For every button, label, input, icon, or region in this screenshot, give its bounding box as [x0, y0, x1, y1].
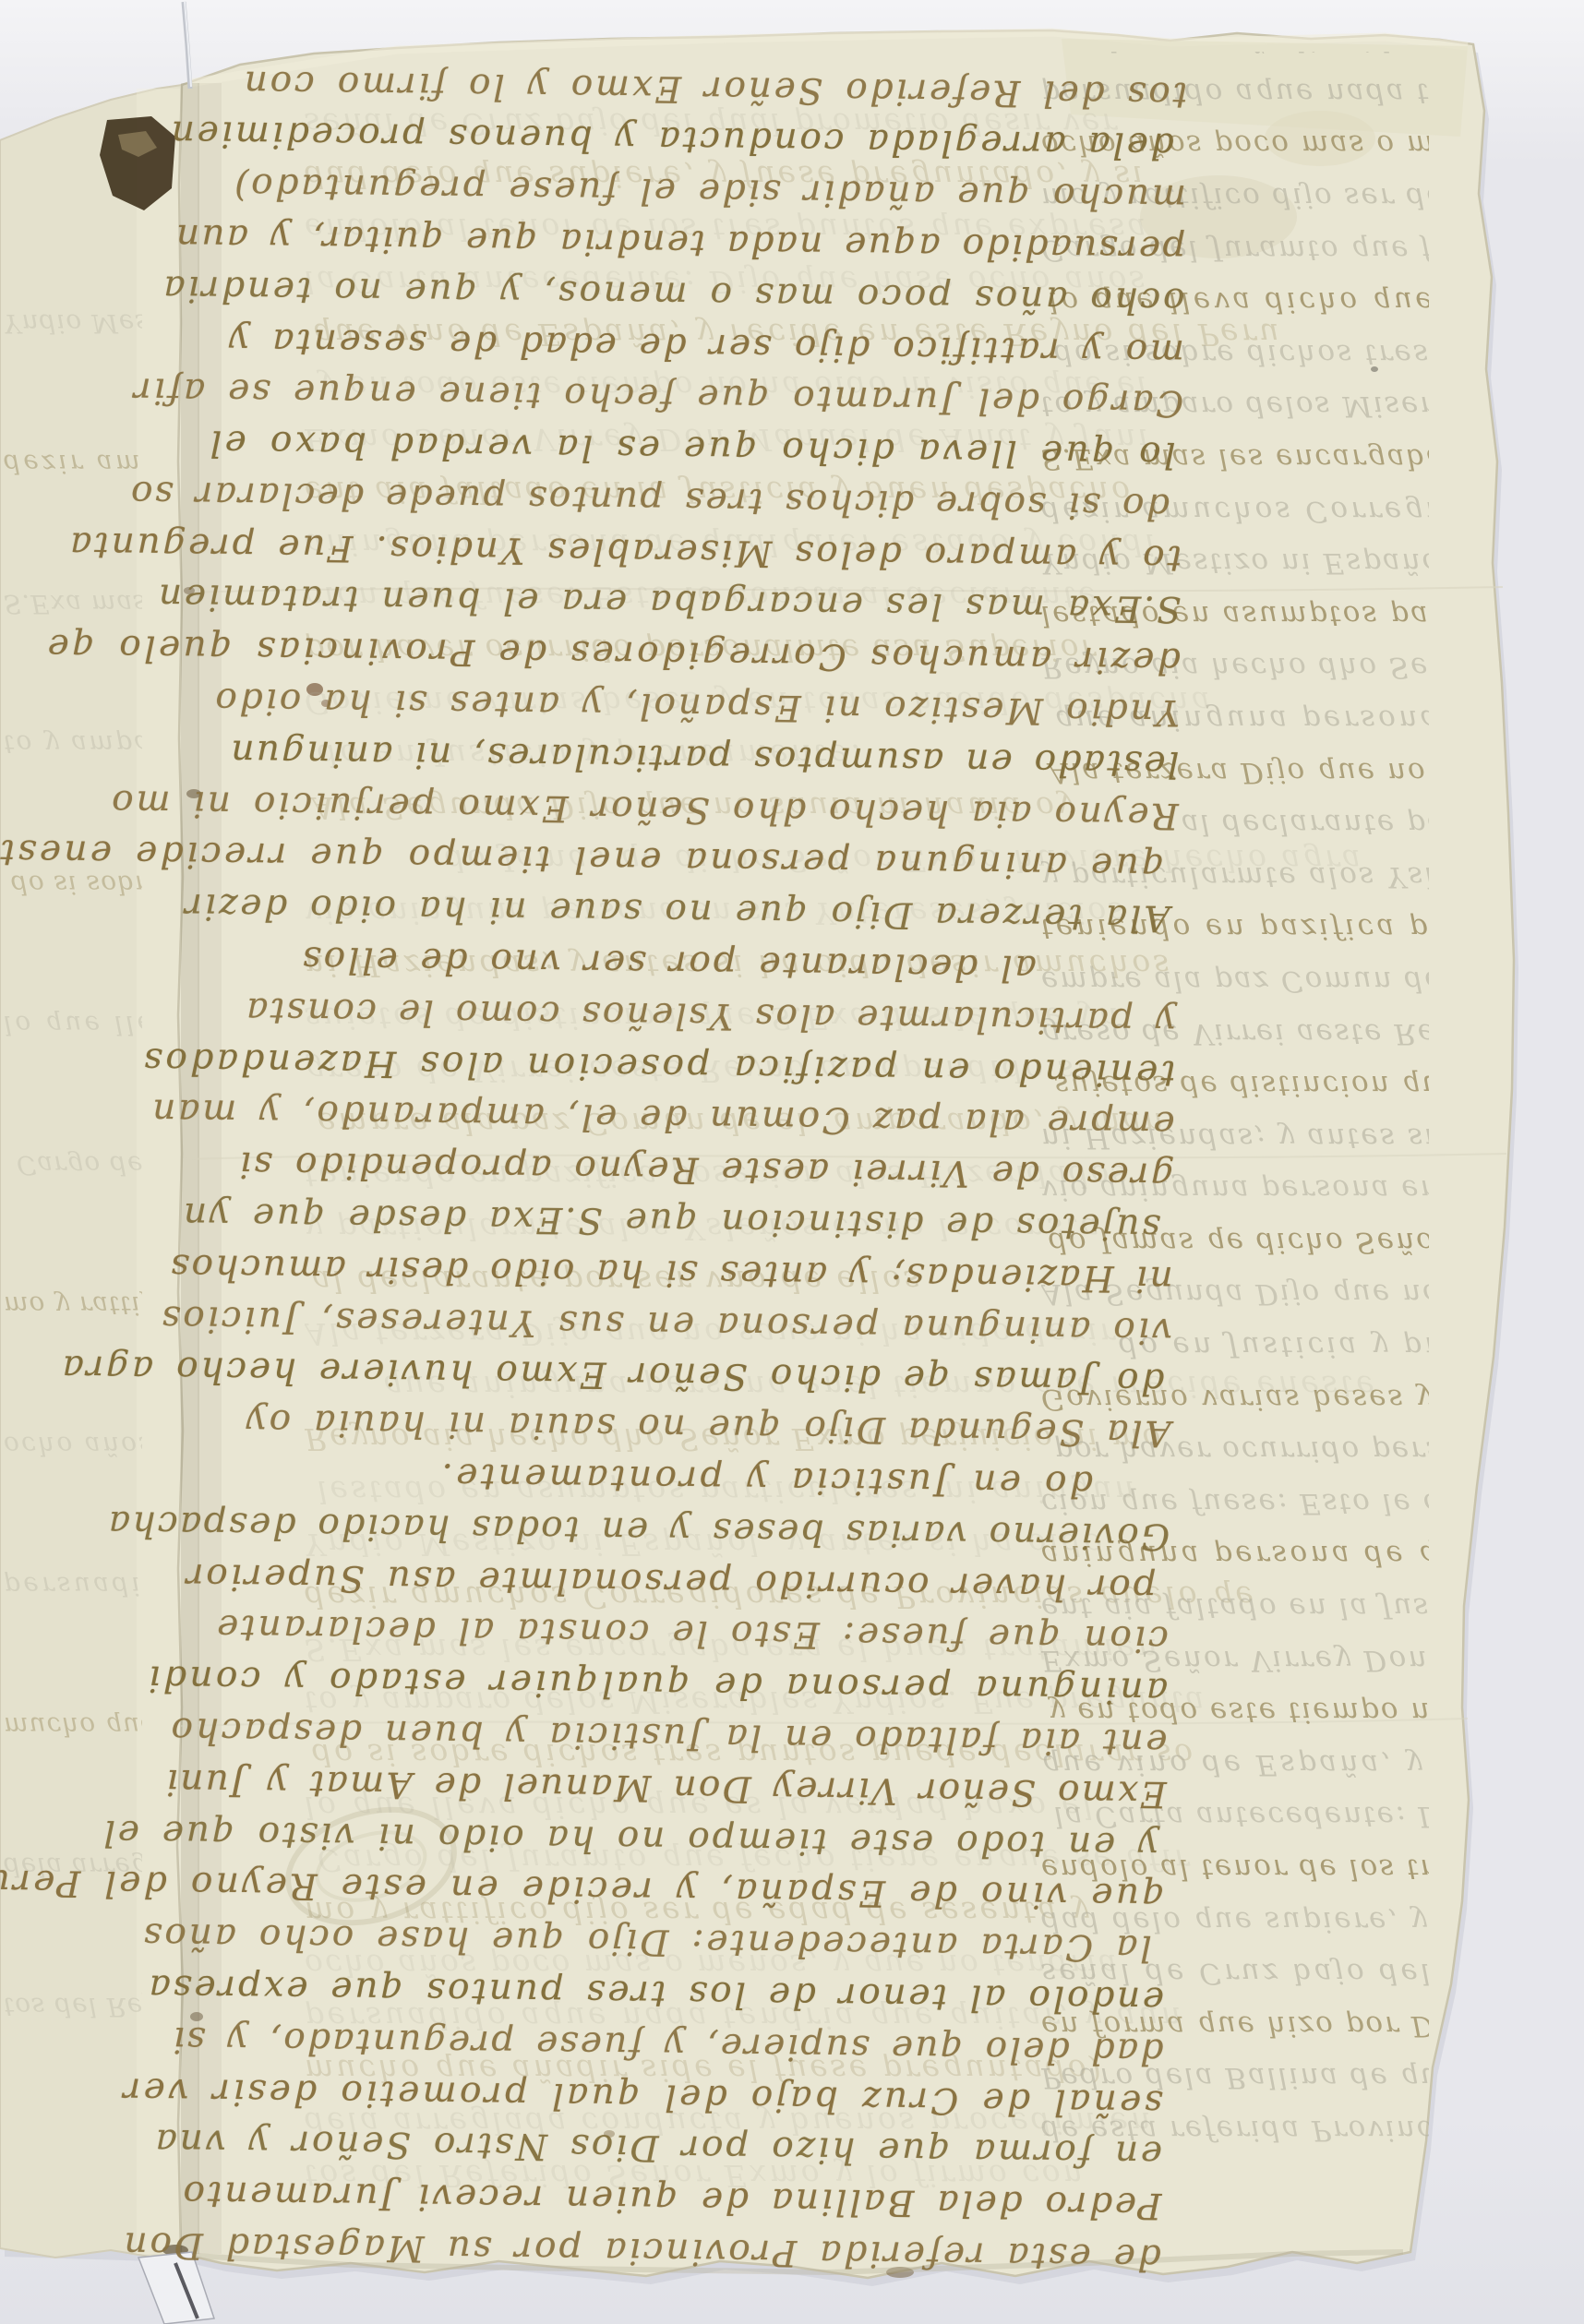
manuscript-text: de esta referida Provincia por su Magest… [90, 53, 1187, 2282]
scanned-manuscript-page: tos del Referido Señor Exmo y lo firmo c… [0, 0, 1584, 2324]
bleedthrough-line: al declarante por ser vno de ellos [1182, 798, 1429, 851]
